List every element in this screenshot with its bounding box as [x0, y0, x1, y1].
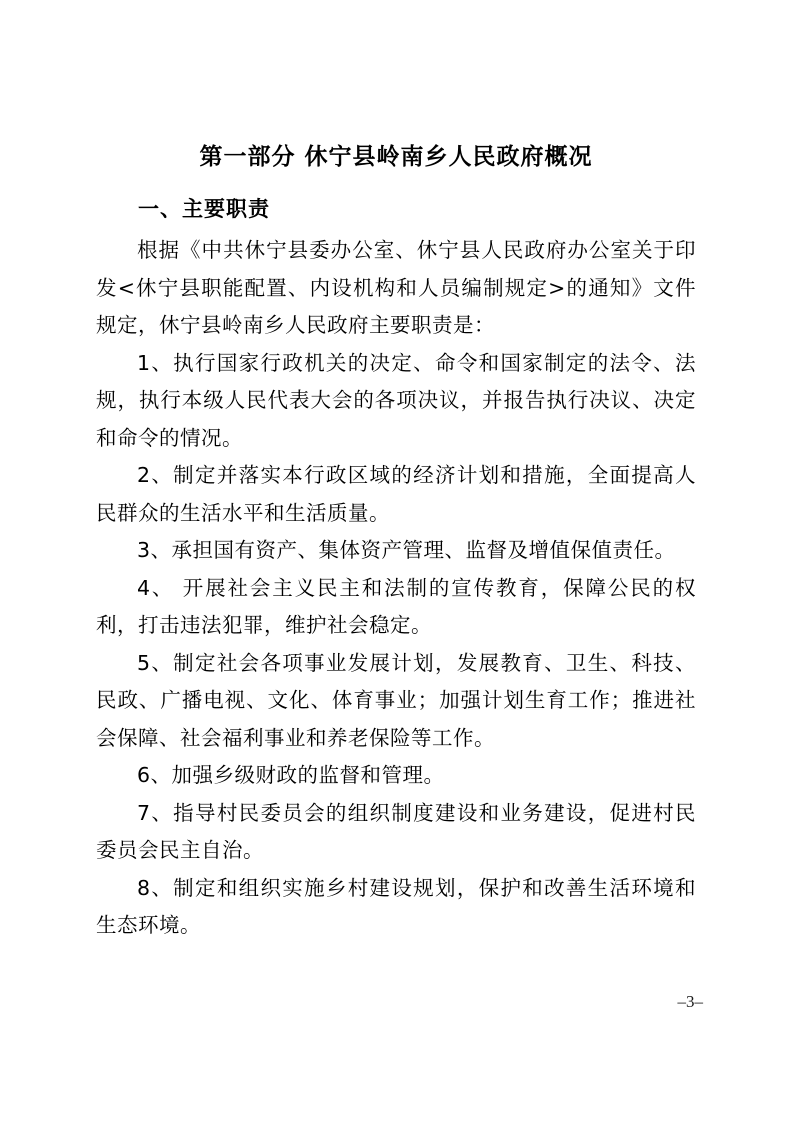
- paragraph-duty-5: 5、制定社会各项事业发展计划，发展教育、卫生、科技、民政、广播电视、文化、体育事…: [96, 645, 696, 758]
- paragraph-duty-3: 3、承担国有资产、集体资产管理、监督及增值保值责任。: [96, 532, 696, 570]
- document-title: 第一部分 休宁县岭南乡人民政府概况: [96, 140, 696, 174]
- paragraph-duty-2: 2、制定并落实本行政区域的经济计划和措施，全面提高人民群众的生活水平和生活质量。: [96, 457, 696, 532]
- section-heading: 一、主要职责: [96, 194, 696, 224]
- page-number: –3–: [678, 992, 704, 1012]
- paragraph-duty-6: 6、加强乡级财政的监督和管理。: [96, 757, 696, 795]
- paragraph-list: 根据《中共休宁县委办公室、休宁县人民政府办公室关于印发<休宁县职能配置、内设机构…: [96, 232, 696, 945]
- paragraph-duty-4: 4、 开展社会主义民主和法制的宣传教育，保障公民的权利，打击违法犯罪，维护社会稳…: [96, 570, 696, 645]
- paragraph-duty-7: 7、指导村民委员会的组织制度建设和业务建设，促进村民委员会民主自治。: [96, 795, 696, 870]
- document-page: 第一部分 休宁县岭南乡人民政府概况 一、主要职责 根据《中共休宁县委办公室、休宁…: [0, 0, 793, 1122]
- paragraph-duty-8: 8、制定和组织实施乡村建设规划，保护和改善生活环境和生态环境。: [96, 870, 696, 945]
- document-content: 第一部分 休宁县岭南乡人民政府概况 一、主要职责 根据《中共休宁县委办公室、休宁…: [96, 140, 696, 945]
- paragraph-intro: 根据《中共休宁县委办公室、休宁县人民政府办公室关于印发<休宁县职能配置、内设机构…: [96, 232, 696, 345]
- paragraph-duty-1: 1、执行国家行政机关的决定、命令和国家制定的法令、法规，执行本级人民代表大会的各…: [96, 345, 696, 458]
